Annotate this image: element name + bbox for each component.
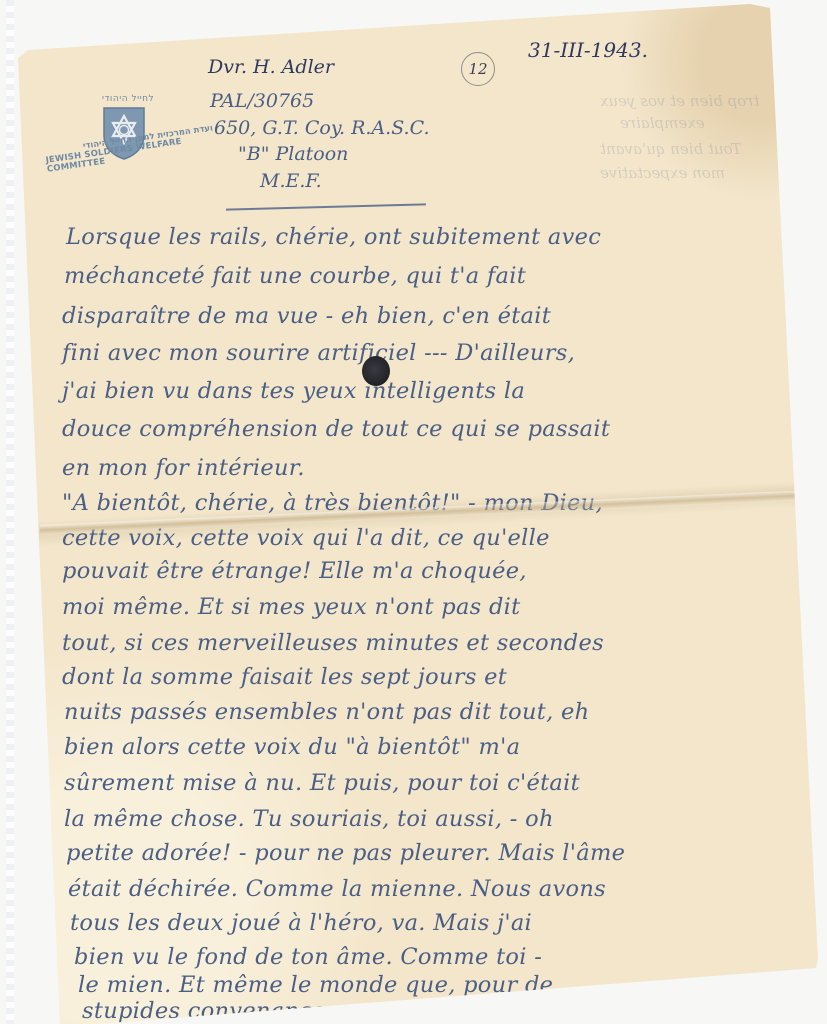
body-line: tous les deux joué à l'héro, va. Mais j'… xyxy=(70,910,532,936)
body-line: bien alors cette voix du "à bientôt" m'a xyxy=(64,734,520,760)
sender-name: Dvr. H. Adler xyxy=(208,56,334,78)
bleed-through-text: exemplaire xyxy=(620,114,705,132)
body-line: méchanceté fait une courbe, qui t'a fait xyxy=(64,263,526,289)
bleed-through-text: trop bien et vos yeux xyxy=(600,92,759,110)
sender-unit: 650, G.T. Coy. R.A.S.C. xyxy=(214,117,430,139)
body-line: dont la somme faisait les sept jours et xyxy=(62,664,507,690)
body-line: moi même. Et si mes yeux n'ont pas dit xyxy=(62,594,521,620)
body-line: fini avec mon sourire artificiel --- D'a… xyxy=(62,340,575,366)
body-line: était déchirée. Comme la mienne. Nous av… xyxy=(68,876,606,902)
body-line: le mien. Et même le monde que, pour de xyxy=(78,972,553,998)
sender-service-number: PAL/30765 xyxy=(210,90,314,112)
body-line: douce compréhension de tout ce qui se pa… xyxy=(62,416,610,442)
body-line: tout, si ces merveilleuses minutes et se… xyxy=(62,630,604,656)
body-line: stupides convenances, nous voulions trom… xyxy=(82,998,620,1024)
sender-theatre: M.E.F. xyxy=(260,170,322,192)
signature-rule xyxy=(226,203,426,210)
body-line: disparaître de ma vue - eh bien, c'en ét… xyxy=(62,303,551,329)
sender-platoon: "B" Platoon xyxy=(238,143,348,165)
letter-page: trop bien et vos yeux exemplaire Tout bi… xyxy=(0,0,827,1024)
bleed-through-text: mon expectative xyxy=(600,164,725,182)
body-line: en mon for intérieur. xyxy=(62,455,305,481)
letter-date: 31-III-1943. xyxy=(528,38,648,62)
body-line: bien vu le fond de ton âme. Comme toi - xyxy=(74,944,542,970)
body-line: la même chose. Tu souriais, toi aussi, -… xyxy=(64,806,554,832)
punch-hole xyxy=(362,356,390,386)
letterhead-hebrew-tagline: לחייל היהודי xyxy=(102,94,154,104)
bleed-through-text: Tout bien qu'avant xyxy=(600,140,741,158)
body-line: petite adorée! - pour ne pas pleurer. Ma… xyxy=(66,840,625,866)
body-line: nuits passés ensembles n'ont pas dit tou… xyxy=(64,699,589,725)
plastic-sleeve-edge xyxy=(6,0,14,1024)
body-line: sûrement mise à nu. Et puis, pour toi c'… xyxy=(64,770,580,796)
body-line: j'ai bien vu dans tes yeux intelligents … xyxy=(62,378,525,404)
body-line: pouvait être étrange! Elle m'a choquée, xyxy=(62,558,527,584)
page-number: 12 xyxy=(461,52,495,86)
body-line: Lorsque les rails, chérie, ont subitemen… xyxy=(66,224,601,250)
letterhead: לחייל היהודי ועדת המרכזית למען החייל היה… xyxy=(44,94,214,184)
